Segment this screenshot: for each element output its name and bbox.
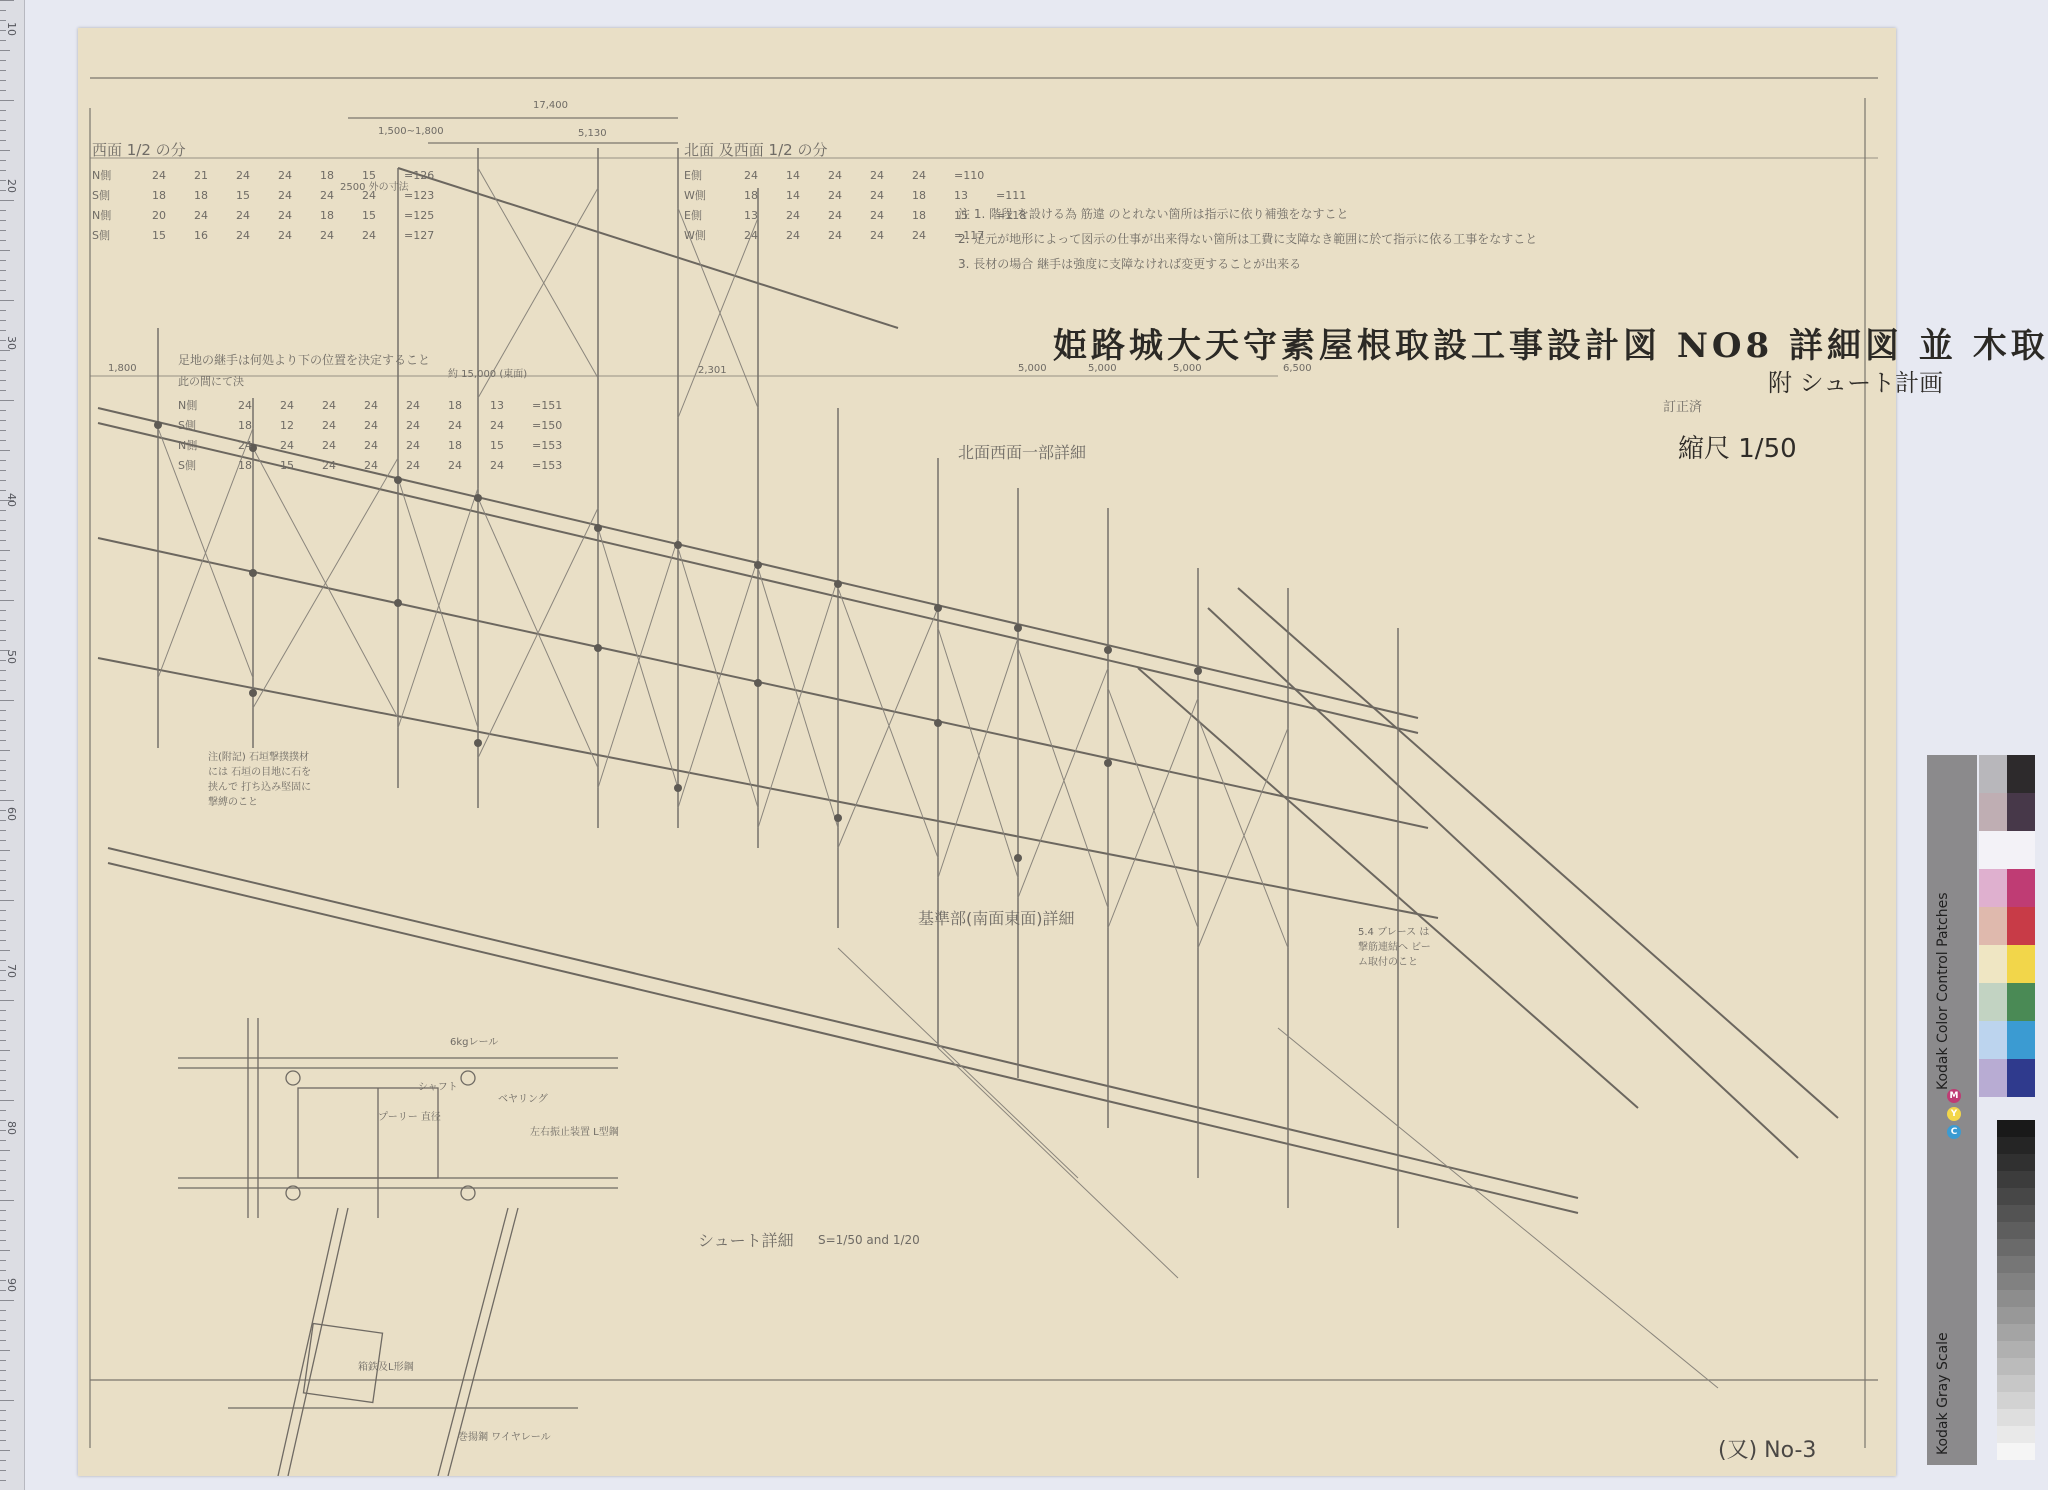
ruler-tick [0, 1440, 6, 1441]
table-row: N側24242424241815=153 [178, 436, 574, 456]
ruler-tick [0, 640, 6, 641]
scale-label: 縮尺 1/50 [1678, 428, 1797, 465]
gray-step-18 [1997, 1137, 2035, 1154]
kodak-color-label: Kodak Color Control Patches [1935, 893, 1951, 1091]
table-west-half: 西面 1/2 の分 N側242124241815=126 S側181815242… [92, 140, 446, 246]
ruler-tick [0, 1400, 14, 1401]
ruler-tick [0, 1350, 10, 1351]
dim-bay-b: 5,000 [1018, 363, 1047, 374]
color-patch-white-light [1979, 831, 2007, 869]
archive-stamp: (又) No-3 [1718, 1433, 1816, 1464]
ruler-tick [0, 1360, 6, 1361]
ruler-tick [0, 720, 6, 721]
color-patch-green-dark [2007, 983, 2035, 1021]
ruler-tick [0, 1460, 6, 1461]
drawing-title: 姫路城大天守素屋根取設工事設計図 NO8 詳細図 並 木取図 [1053, 318, 2048, 367]
ruler-tick [0, 160, 6, 161]
ruler-tick [0, 1430, 6, 1431]
gray-step-10 [1997, 1273, 2035, 1290]
ruler-tick [0, 0, 14, 1]
table-row: S側18122424242424=150 [178, 416, 574, 436]
ruler-tick [0, 1320, 6, 1321]
ruler-tick [0, 900, 14, 901]
annotation-bearing: ベヤリング [498, 1090, 548, 1105]
ruler-tick [0, 1370, 6, 1371]
ruler-tick [0, 600, 14, 601]
table-row: E側2414242424=110 [684, 166, 1038, 186]
ruler-tick [0, 100, 14, 101]
gray-step-6 [1997, 1341, 2035, 1358]
ruler-tick [0, 890, 6, 891]
table-row: W側2424242424=117 [684, 226, 1038, 246]
ruler-tick [0, 350, 10, 351]
ruler-tick [0, 880, 6, 881]
color-patch-yellow-light [1979, 945, 2007, 983]
ruler-tick [0, 200, 14, 201]
ruler-label: 10 [5, 22, 18, 36]
ruler-tick [0, 910, 6, 911]
ruler-tick [0, 1110, 6, 1111]
ruler-tick [0, 610, 6, 611]
gray-step-4 [1997, 1375, 2035, 1392]
color-patch-red-dark [2007, 907, 2035, 945]
ruler-tick [0, 760, 6, 761]
ruler-tick [0, 550, 10, 551]
ruler-tick [0, 450, 10, 451]
ruler-tick [0, 540, 6, 541]
ruler-tick [0, 310, 6, 311]
gray-step-8 [1997, 1307, 2035, 1324]
ruler-tick [0, 360, 6, 361]
color-patch-blue-dark [2007, 1059, 2035, 1097]
ruler-tick [0, 750, 10, 751]
ruler-tick [0, 400, 14, 401]
kodak-gray-label: Kodak Gray Scale [1935, 1332, 1951, 1455]
annotation-wire: 巻揚鋼 ワイヤレール [458, 1428, 551, 1443]
table-header: 西面 1/2 の分 [92, 140, 446, 160]
ruler-tick [0, 1020, 6, 1021]
ruler-tick [0, 210, 6, 211]
color-patch-magenta-dark [2007, 869, 2035, 907]
ruler-tick [0, 1300, 14, 1301]
color-patch-green-light [1979, 983, 2007, 1021]
table-north-west-half: 北面 及西面 1/2 の分 E側2414242424=110 W側1814242… [684, 140, 1038, 246]
ruler-tick [0, 1140, 6, 1141]
ruler-tick [0, 390, 6, 391]
ruler-tick [0, 1010, 6, 1011]
gray-step-17 [1997, 1154, 2035, 1171]
ruler-tick [0, 770, 6, 771]
dim-bay-c: 5,000 [1088, 363, 1117, 374]
ruler-tick [0, 960, 6, 961]
ruler-tick [0, 620, 6, 621]
ruler-tick [0, 1480, 6, 1481]
ruler-tick [0, 920, 6, 921]
ruler-tick [0, 1040, 6, 1041]
color-patch-black-dark [2007, 755, 2035, 793]
color-patch-cyan-light [1979, 1021, 2007, 1059]
gray-step-A [1997, 1443, 2035, 1460]
ruler-tick [0, 850, 10, 851]
annotation-frame: 箱鉄及L形鋼 [358, 1358, 414, 1373]
ruler-tick [0, 1390, 6, 1391]
ruler-tick [0, 1330, 6, 1331]
cyan-dot-icon: C [1947, 1125, 1961, 1139]
ruler-label: 60 [5, 807, 18, 821]
ruler-tick [0, 710, 6, 711]
ruler-tick [0, 1270, 6, 1271]
measuring-ruler: 102030405060708090 [0, 0, 25, 1490]
ruler-tick [0, 1210, 6, 1211]
ruler-tick [0, 1410, 6, 1411]
ruler-tick [0, 1030, 6, 1031]
ruler-tick [0, 290, 6, 291]
section-north-west-detail: 北面西面一部詳細 [958, 440, 1086, 463]
annotation-pulley: プーリー 直径 [378, 1108, 441, 1123]
ruler-tick [0, 570, 6, 571]
ruler-tick [0, 690, 6, 691]
ruler-tick [0, 1220, 6, 1221]
ruler-tick [0, 1100, 14, 1101]
ruler-tick [0, 940, 6, 941]
ruler-tick [0, 60, 6, 61]
ruler-tick [0, 930, 6, 931]
ruler-tick [0, 250, 10, 251]
ruler-label: 30 [5, 336, 18, 350]
color-patch-black-light [1979, 755, 2007, 793]
ruler-tick [0, 950, 10, 951]
ruler-tick [0, 50, 10, 51]
ruler-tick [0, 510, 6, 511]
revision-note: 訂正済 [1663, 396, 1702, 415]
ruler-tick [0, 730, 6, 731]
ruler-tick [0, 1310, 6, 1311]
ruler-tick [0, 520, 6, 521]
gray-step-5 [1997, 1358, 2035, 1375]
gray-step-B [1997, 1171, 2035, 1188]
kodak-calibration-target: Kodak Color Control Patches Kodak Gray S… [1927, 755, 2033, 1465]
color-patch-3color-dark [2007, 793, 2035, 831]
ruler-label: 90 [5, 1278, 18, 1292]
ruler-tick [0, 420, 6, 421]
annotation-shaft: シャフト [418, 1078, 458, 1093]
gray-step-15 [1997, 1188, 2035, 1205]
ruler-tick [0, 370, 6, 371]
ruler-tick [0, 1150, 10, 1151]
ruler-tick [0, 1470, 6, 1471]
annotation-brace: 5.4 ブレース は撃筋連結へ ビーム取付のこと [1358, 923, 1438, 968]
ruler-tick [0, 170, 6, 171]
yellow-dot-icon: Y [1947, 1107, 1961, 1121]
ruler-tick [0, 490, 6, 491]
ruler-tick [0, 260, 6, 261]
ruler-tick [0, 800, 14, 801]
ruler-tick [0, 700, 14, 701]
ruler-tick [0, 840, 6, 841]
ruler-tick [0, 1250, 10, 1251]
ruler-tick [0, 1090, 6, 1091]
gray-step-M [1997, 1324, 2035, 1341]
ruler-tick [0, 300, 14, 301]
gray-step-13 [1997, 1222, 2035, 1239]
ruler-tick [0, 1190, 6, 1191]
note-3: 3. 長材の場合 継手は強度に支障なければ変更することが出来る [958, 252, 1537, 277]
color-patch-yellow-dark [2007, 945, 2035, 983]
ruler-tick [0, 1060, 6, 1061]
ruler-tick [0, 270, 6, 271]
ruler-tick [0, 580, 6, 581]
ruler-tick [0, 1070, 6, 1071]
gray-step-3 [1997, 1392, 2035, 1409]
ruler-tick [0, 330, 6, 331]
ruler-label: 20 [5, 179, 18, 193]
table-row: S側151624242424=127 [92, 226, 446, 246]
ruler-tick [0, 70, 6, 71]
annotation-anti-sway: 左右振止装置 L型鋼 [530, 1123, 619, 1138]
ruler-label: 80 [5, 1121, 18, 1135]
ruler-tick [0, 530, 6, 531]
annotation-rail: 6kgレール [450, 1033, 498, 1048]
ruler-tick [0, 1420, 6, 1421]
ruler-tick [0, 1260, 6, 1261]
color-patch-blue-light [1979, 1059, 2007, 1097]
dim-bay-e: 6,500 [1283, 363, 1312, 374]
table-row: N側202424241815=125 [92, 206, 446, 226]
dim-top-span: 17,400 [533, 100, 568, 111]
gray-step-14 [1997, 1205, 2035, 1222]
table-header: 北面 及西面 1/2 の分 [684, 140, 1038, 160]
table-row: W側181424241813=111 [684, 186, 1038, 206]
ruler-tick [0, 1200, 14, 1201]
ruler-tick [0, 90, 6, 91]
ruler-tick [0, 980, 6, 981]
color-patch-red-light [1979, 907, 2007, 945]
ruler-tick [0, 990, 6, 991]
section-base-detail: 基準部(南面東面)詳細 [918, 906, 1075, 929]
note-2: 2. 足元が地形によって図示の仕事が出来得ない箇所は工費に支障なき範囲に於て指示… [958, 227, 1537, 252]
dim-bay-d: 5,000 [1173, 363, 1202, 374]
table-row: S側18152424242424=153 [178, 456, 574, 476]
ruler-tick [0, 280, 6, 281]
ruler-tick [0, 440, 6, 441]
chute-scale: S=1/50 and 1/20 [818, 1233, 920, 1247]
ruler-tick [0, 780, 6, 781]
ruler-tick [0, 130, 6, 131]
ruler-tick [0, 1170, 6, 1171]
ruler-tick [0, 40, 6, 41]
ruler-tick [0, 150, 10, 151]
ruler-tick [0, 220, 6, 221]
ruler-tick [0, 630, 6, 631]
color-patch-magenta-light [1979, 869, 2007, 907]
gray-step-2 [1997, 1409, 2035, 1426]
annotation-column: 2500 外の寸法 [340, 178, 409, 193]
section-chute-detail: シュート詳細 [698, 1228, 794, 1251]
ruler-tick [0, 230, 6, 231]
ruler-tick [0, 410, 6, 411]
ruler-tick [0, 670, 6, 671]
ruler-tick [0, 120, 6, 121]
ruler-tick [0, 480, 6, 481]
ruler-tick [0, 1000, 14, 1001]
ruler-tick [0, 1380, 6, 1381]
ruler-tick [0, 320, 6, 321]
ruler-tick [0, 790, 6, 791]
ruler-tick [0, 870, 6, 871]
ruler-tick [0, 80, 6, 81]
drawing-sheet: 姫路城大天守素屋根取設工事設計図 NO8 詳細図 並 木取図 附 シュート計画 … [78, 28, 1896, 1476]
ruler-tick [0, 1340, 6, 1341]
ruler-tick [0, 460, 6, 461]
annotation-stone-wall: 注(附記) 石垣撃撲撲材には 石垣の目地に石を挟んで 打ち込み堅固に 撃縛のこと [208, 748, 318, 808]
table-row: N側24242424241813=151 [178, 396, 574, 416]
note-1: 注 1. 階段 を設ける為 筋違 のとれない箇所は指示に依り補強をなすこと [958, 202, 1537, 227]
ruler-tick [0, 1050, 10, 1051]
ruler-tick [0, 380, 6, 381]
ruler-tick [0, 590, 6, 591]
gray-step-12 [1997, 1239, 2035, 1256]
ruler-tick [0, 1450, 10, 1451]
ruler-tick [0, 240, 6, 241]
gray-step-1 [1997, 1426, 2035, 1443]
dim-left-range: 1,500~1,800 [378, 126, 444, 137]
gray-step-11 [1997, 1256, 2035, 1273]
ruler-tick [0, 110, 6, 111]
general-notes: 注 1. 階段 を設ける為 筋違 のとれない箇所は指示に依り補強をなすこと 2.… [958, 202, 1537, 277]
ruler-tick [0, 140, 6, 141]
dim-left-bay: 1,800 [108, 363, 137, 374]
dim-bay-a: 2,301 [698, 365, 727, 376]
ruler-tick [0, 10, 6, 11]
ruler-tick [0, 740, 6, 741]
color-patch-3color-light [1979, 793, 2007, 831]
dim-top-sub-span: 5,130 [578, 128, 607, 139]
drawing-subtitle: 附 シュート計画 [1768, 363, 1943, 398]
ruler-tick [0, 830, 6, 831]
ruler-tick [0, 560, 6, 561]
ruler-label: 70 [5, 964, 18, 978]
ruler-tick [0, 1230, 6, 1231]
dim-east-span: 約 15,000 (東面) [448, 365, 527, 380]
gray-step-9 [1997, 1290, 2035, 1307]
ruler-tick [0, 430, 6, 431]
ruler-tick [0, 470, 6, 471]
ruler-tick [0, 20, 6, 21]
color-patch-white-dark [2007, 831, 2035, 869]
ruler-tick [0, 680, 6, 681]
ruler-tick [0, 860, 6, 861]
ruler-tick [0, 1080, 6, 1081]
gray-step-19 [1997, 1120, 2035, 1137]
ruler-label: 40 [5, 493, 18, 507]
magenta-dot-icon: M [1947, 1089, 1961, 1103]
ruler-tick [0, 1180, 6, 1181]
table-row: E側132424241815=118 [684, 206, 1038, 226]
ruler-tick [0, 1160, 6, 1161]
color-patch-cyan-dark [2007, 1021, 2035, 1059]
ruler-tick [0, 1240, 6, 1241]
ruler-label: 50 [5, 650, 18, 664]
